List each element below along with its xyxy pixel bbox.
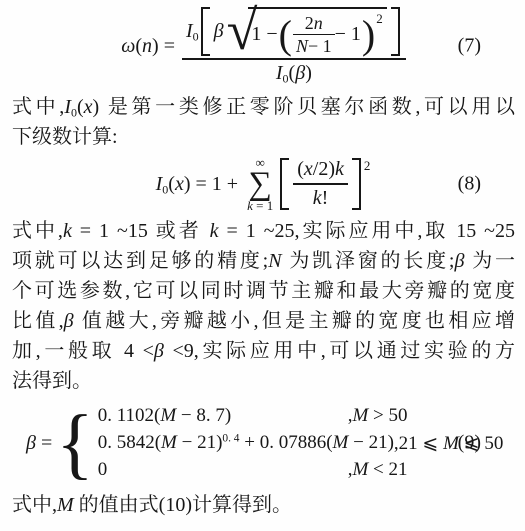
- left-square-bracket: [201, 7, 210, 56]
- eq8-lhs: I0(x) = 1 +: [156, 173, 238, 196]
- equation-8: I0(x) = 1 + ∞ ∑ k = 1 (x/2)k k ! 2 (8): [12, 154, 515, 214]
- right-square-bracket: [391, 7, 400, 56]
- eq7-main-fraction: I0 β √ 1 − ( 2n N − 1 − 1 ): [182, 7, 406, 85]
- text-line: 个可选参数,它可以同时调节主瓣和最大旁瓣的宽度: [12, 276, 515, 306]
- sum-lower-limit: k = 1: [247, 199, 273, 213]
- sigma-symbol: ∑: [248, 169, 272, 199]
- case-expression: 0. 5842(M − 21)0. 4 + 0. 07886(M − 21): [98, 432, 394, 454]
- right-square-bracket: [352, 158, 361, 210]
- inner-fraction: 2n N − 1: [293, 13, 335, 56]
- radical: √ 1 − ( 2n N − 1 − 1 ) 2: [227, 7, 387, 56]
- paper-page: ω(n) = I0 β √ 1 − ( 2n N − 1: [0, 0, 525, 531]
- equation-number-7: (7): [458, 35, 481, 58]
- case-expression: 0: [98, 459, 348, 481]
- paragraph-m-reference: 式中,M 的值由式(10)计算得到。: [12, 490, 515, 520]
- beta-symbol: β: [214, 20, 224, 43]
- eq8-fraction: (x/2)k k !: [293, 158, 348, 210]
- bracketed-term: (x/2)k k ! 2: [278, 158, 371, 210]
- eq7-numerator: I0 β √ 1 − ( 2n N − 1 − 1 ): [182, 7, 406, 56]
- bessel-I0-beta: I0(β): [276, 62, 312, 85]
- radicand-lead: 1 −: [251, 23, 277, 46]
- main-fraction-bar: [182, 58, 406, 60]
- square-exponent: 2: [376, 11, 383, 27]
- left-paren: (: [279, 17, 292, 53]
- radicand-tail: − 1: [335, 23, 361, 46]
- case-condition: ,21 ⩽ M ⩽ 50: [394, 432, 503, 455]
- square-exponent: 2: [364, 158, 371, 174]
- equation-number-9: (9): [458, 432, 481, 455]
- text-line: 式中,M 的值由式(10)计算得到。: [12, 490, 515, 520]
- case-row: 0. 1102(M − 8. 7),M > 50: [98, 403, 515, 430]
- inner-numerator: 2n: [302, 13, 326, 33]
- case-expression: 0. 1102(M − 8. 7): [98, 405, 348, 427]
- eq8-frac-numerator: (x/2)k: [293, 158, 348, 181]
- text-line: 法得到。: [12, 366, 515, 396]
- case-row: 0. 5842(M − 21)0. 4 + 0. 07886(M − 21),2…: [98, 430, 515, 457]
- text-line: 项就可以达到足够的精度;N 为凯泽窗的长度;β 为一: [12, 246, 515, 276]
- bessel-I0-symbol: I0: [186, 20, 199, 43]
- text-line: 加,一般取 4 <β <9,实际应用中,可以通过实验的方: [12, 336, 515, 366]
- text-line: 式中,k = 1 ~15 或者 k = 1 ~25,实际应用中,取 15 ~25: [12, 216, 515, 246]
- paragraph-kaiser-beta: 式中,k = 1 ~15 或者 k = 1 ~25,实际应用中,取 15 ~25…: [12, 216, 515, 396]
- left-curly-brace: {: [56, 402, 93, 484]
- case-row: 0,M < 21: [98, 457, 515, 484]
- equation-7: ω(n) = I0 β √ 1 − ( 2n N − 1: [12, 2, 515, 90]
- fraction-bar: [293, 34, 335, 35]
- summation: ∞ ∑ k = 1: [247, 156, 273, 213]
- text-line: 式中,I0(x) 是第一类修正零阶贝塞尔函数,可以用以: [12, 92, 515, 122]
- eq9-lhs-beta: β =: [26, 432, 52, 455]
- radicand: 1 − ( 2n N − 1 − 1 ) 2: [248, 7, 386, 56]
- eq7-denominator: I0(β): [272, 62, 316, 85]
- eq7-lhs-omega: ω(n) =: [121, 35, 175, 58]
- equation-9: β = { 0. 1102(M − 8. 7),M > 500. 5842(M …: [12, 400, 515, 486]
- inner-denominator: N − 1: [293, 36, 335, 56]
- paragraph-bessel-intro: 式中,I0(x) 是第一类修正零阶贝塞尔函数,可以用以下级数计算:: [12, 92, 515, 152]
- case-condition: ,M > 50: [348, 405, 408, 427]
- text-line: 比值,β 值越大,旁瓣越小,但是主瓣的宽度也相应增: [12, 306, 515, 336]
- right-paren: ): [362, 17, 375, 53]
- fraction-bar: [293, 183, 348, 185]
- piecewise-cases: 0. 1102(M − 8. 7),M > 500. 5842(M − 21)0…: [98, 403, 515, 484]
- left-square-bracket: [280, 158, 289, 210]
- eq8-frac-denominator: k !: [309, 187, 333, 210]
- text-line: 下级数计算:: [12, 122, 515, 152]
- equation-number-8: (8): [458, 173, 481, 196]
- case-condition: ,M < 21: [348, 459, 408, 481]
